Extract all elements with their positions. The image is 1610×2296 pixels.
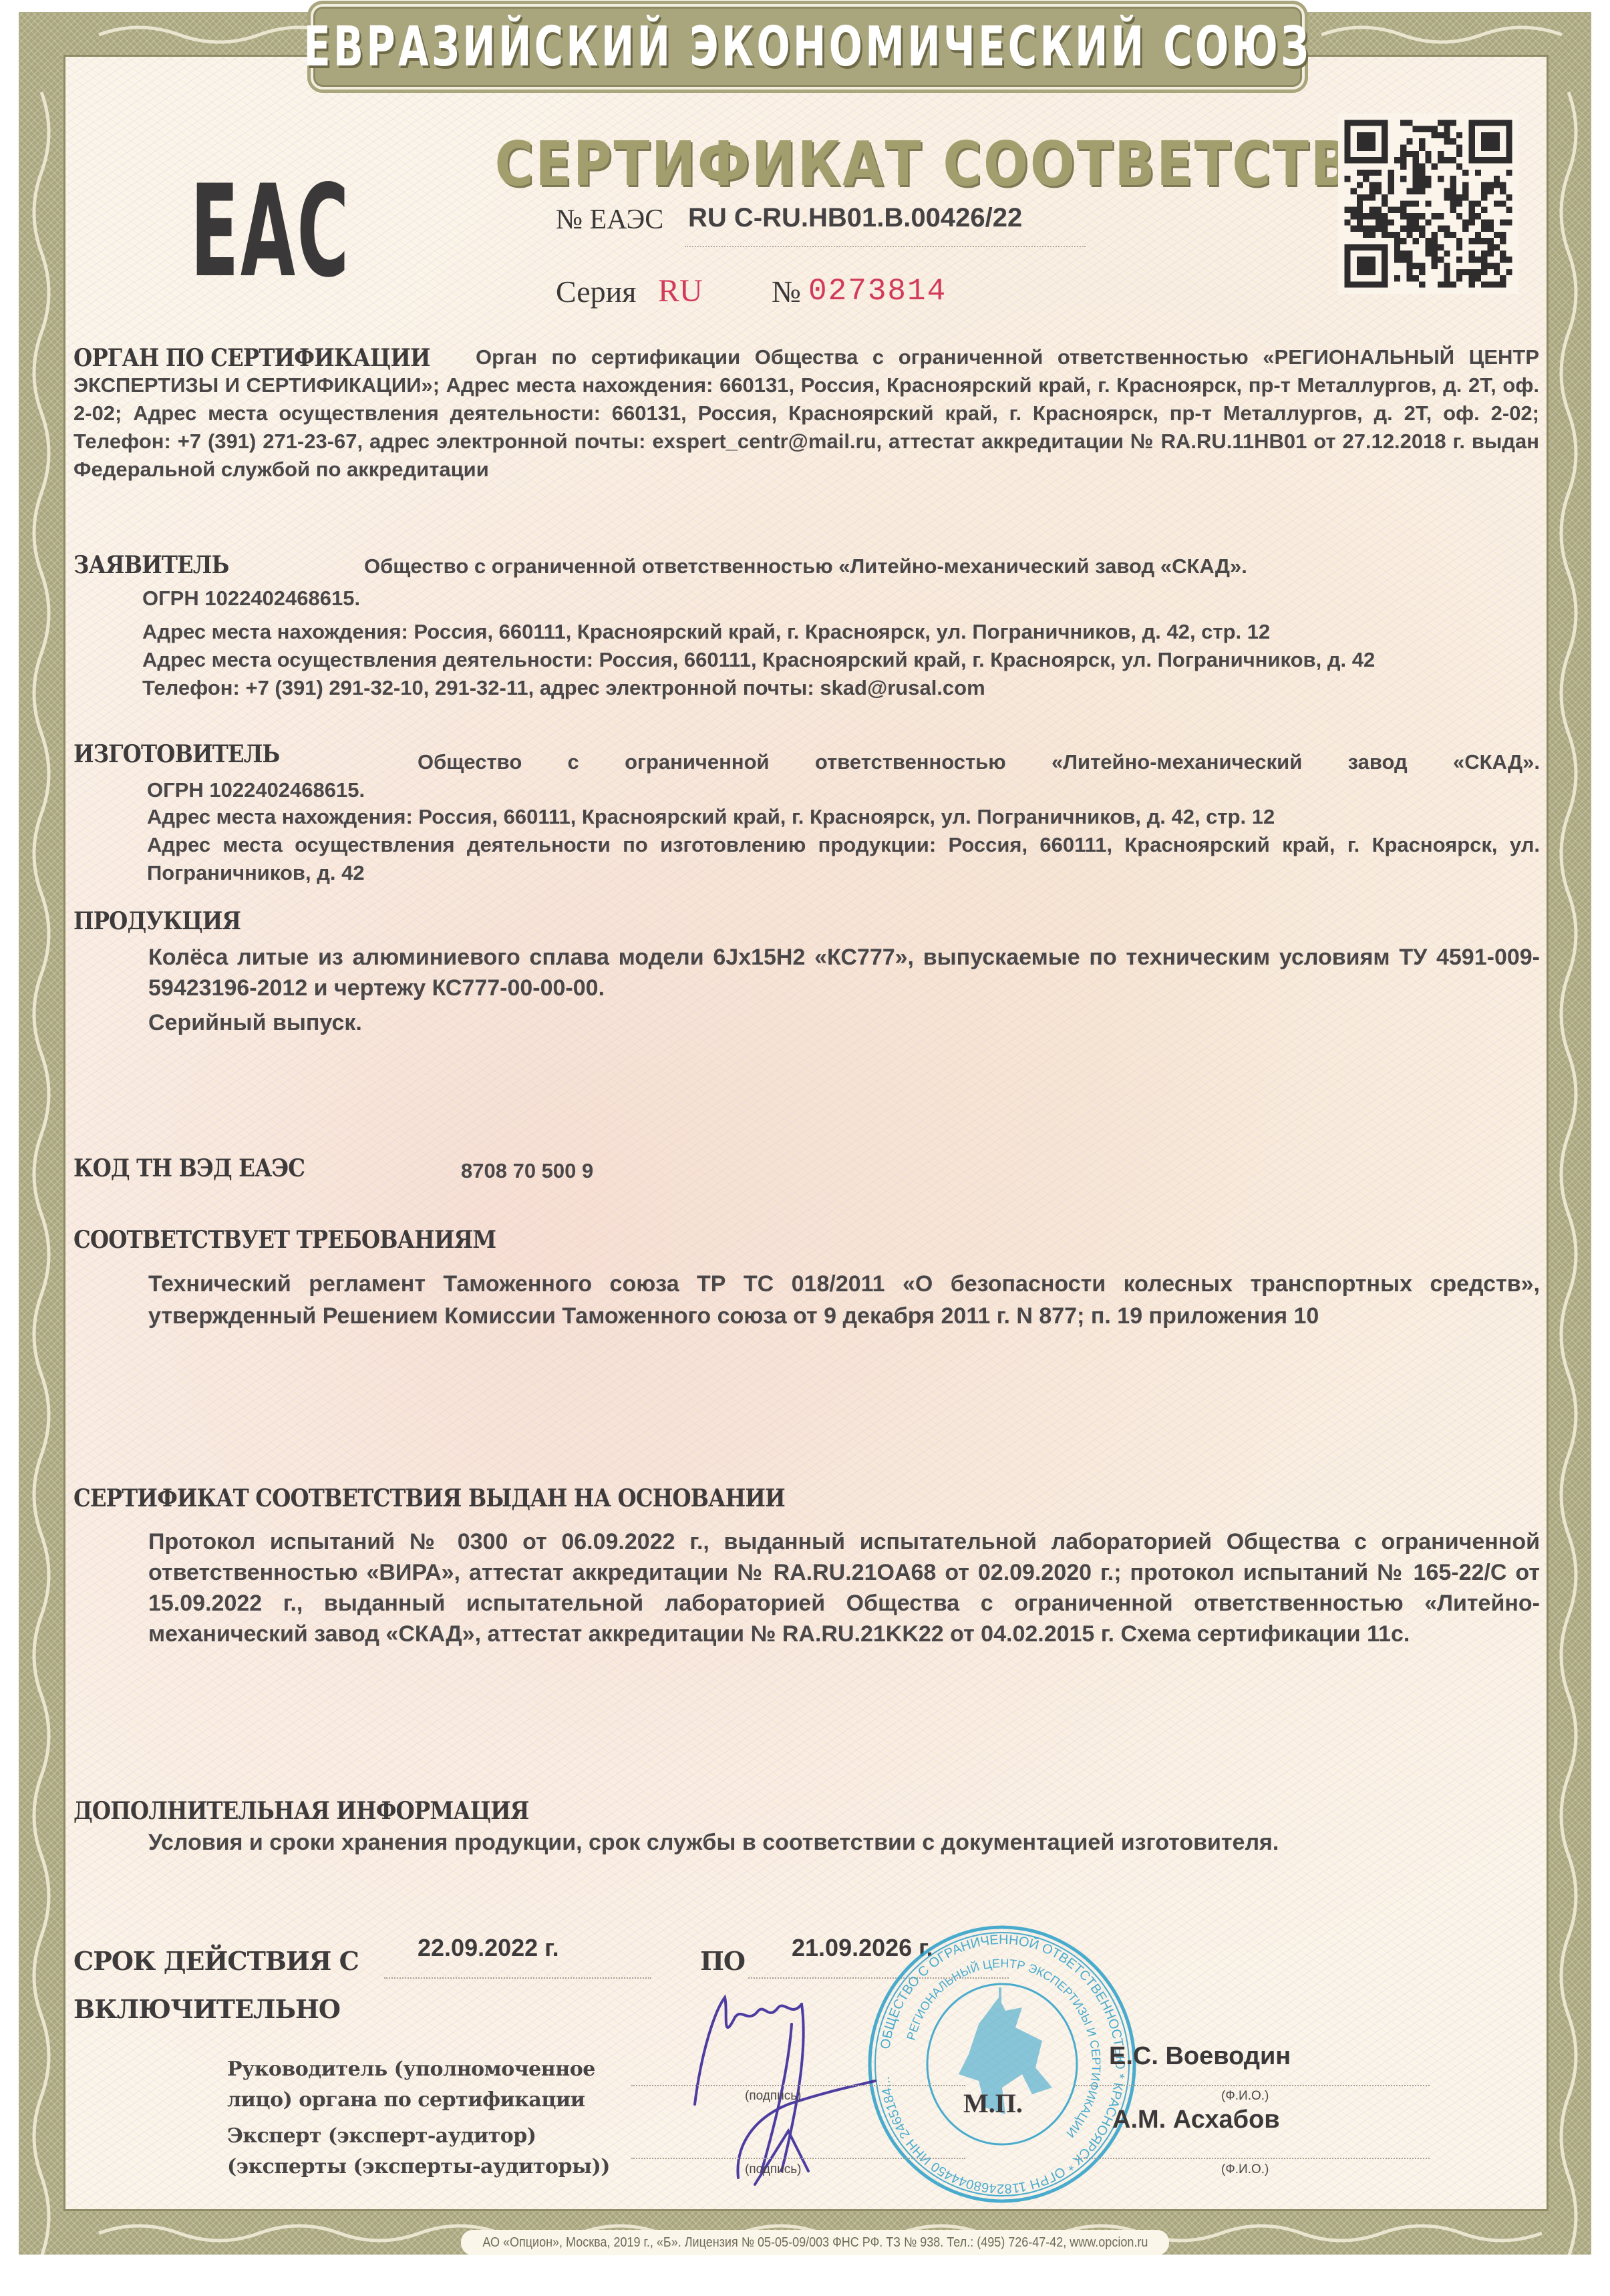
- expert-name-line: [1076, 2158, 1430, 2159]
- manufacturer-details: ОГРН 1022402468615. Адрес места нахожден…: [147, 776, 1540, 887]
- head-label: Руководитель (уполномоченное лицо) орган…: [227, 2054, 595, 2116]
- eac-logo: ЕАС: [190, 182, 351, 282]
- expert-label-line2: (эксперты (эксперты-аудиторы)): [227, 2152, 610, 2182]
- requirements-text: Технический регламент Таможенного союза …: [148, 1268, 1540, 1332]
- head-name: Е.С. Воеводин: [1109, 2042, 1291, 2071]
- additional-info-text: Условия и сроки хранения продукции, срок…: [148, 1827, 1540, 1858]
- expert-signature-line: [631, 2158, 965, 2159]
- union-banner: ЕВРАЗИЙСКИЙ ЭКОНОМИЧЕСКИЙ СОЮЗ: [311, 4, 1305, 90]
- applicant-activity-address: Адрес места осуществления деятельности: …: [142, 646, 1539, 674]
- expert-signature-caption: (подпись): [745, 2162, 801, 2177]
- manufacturer-name-text: Общество с ограниченной ответственностью…: [418, 748, 1540, 776]
- manufacturer-heading: ИЗГОТОВИТЕЛЬ: [73, 740, 279, 768]
- applicant-details: ОГРН 1022402468615. Адрес места нахожден…: [142, 585, 1539, 702]
- basis-text: Протокол испытаний № 0300 от 06.09.2022 …: [148, 1526, 1540, 1649]
- manufacturer-ogrn: ОГРН 1022402468615.: [147, 776, 1540, 804]
- blank-number: 0273814: [808, 274, 947, 309]
- requirements-heading: СООТВЕТСТВУЕТ ТРЕБОВАНИЯМ: [73, 1226, 496, 1254]
- additional-info-paragraph: Условия и сроки хранения продукции, срок…: [148, 1827, 1540, 1858]
- basis-heading: СЕРТИФИКАТ СООТВЕТСТВИЯ ВЫДАН НА ОСНОВАН…: [73, 1484, 785, 1512]
- validity-from-date: 22.09.2022 г.: [418, 1934, 559, 1962]
- applicant-ogrn: ОГРН 1022402468615.: [142, 585, 1539, 613]
- head-label-line2: лицо) органа по сертификации: [227, 2085, 595, 2116]
- head-name-caption: (Ф.И.О.): [1221, 2089, 1269, 2104]
- expert-name-caption: (Ф.И.О.): [1221, 2162, 1269, 2177]
- product-details: Колёса литые из алюминиевого сплава моде…: [148, 942, 1540, 1038]
- certificate-number: RU C-RU.HB01.B.00426/22: [688, 203, 1022, 233]
- applicant-address: Адрес места нахождения: Россия, 660111, …: [142, 618, 1539, 646]
- head-label-line1: Руководитель (уполномоченное: [227, 2054, 595, 2085]
- validity-inclusive-label: ВКЛЮЧИТЕЛЬНО: [73, 1994, 340, 2024]
- series-label: Серия: [556, 274, 636, 309]
- certificate-number-underline: [685, 246, 1086, 247]
- manufacturer-address: Адрес места нахождения: Россия, 660111, …: [147, 803, 1540, 831]
- validity-from-label: СРОК ДЕЙСТВИЯ С: [73, 1946, 359, 1976]
- hs-code-value: 8708 70 500 9: [461, 1159, 593, 1183]
- requirements-paragraph: Технический регламент Таможенного союза …: [148, 1268, 1540, 1332]
- product-description: Колёса литые из алюминиевого сплава моде…: [148, 942, 1540, 1003]
- certificate-number-label: № ЕАЭС: [556, 204, 663, 236]
- expert-label-line1: Эксперт (эксперт-аудитор): [227, 2121, 610, 2152]
- manufacturer-name: Общество с ограниченной ответственностью…: [418, 748, 1540, 776]
- additional-info-heading: ДОПОЛНИТЕЛЬНАЯ ИНФОРМАЦИЯ: [73, 1797, 529, 1825]
- certification-body-paragraph: Орган по сертификации Общества с огранич…: [8, 343, 1539, 484]
- validity-from-underline: [384, 1977, 651, 1979]
- manufacturer-production-address: Адрес места осуществления деятельности п…: [147, 831, 1540, 887]
- product-release: Серийный выпуск.: [148, 1007, 1540, 1038]
- applicant-name: Общество с ограниченной ответственностью…: [364, 554, 1247, 579]
- applicant-heading: ЗАЯВИТЕЛЬ: [73, 551, 228, 579]
- blank-number-label: №: [772, 274, 801, 309]
- basis-paragraph: Протокол испытаний № 0300 от 06.09.2022 …: [148, 1526, 1540, 1649]
- printer-imprint: АО «Опцион», Москва, 2019 г., «Б». Лицен…: [461, 2230, 1169, 2255]
- hs-code-heading: КОД ТН ВЭД ЕАЭС: [73, 1154, 305, 1182]
- seal-label: М.П.: [963, 2088, 1023, 2119]
- certificate-title: СЕРТИФИКАТ СООТВЕТСТВИЯ: [495, 128, 1116, 200]
- certification-body-text: Орган по сертификации Общества с огранич…: [73, 343, 1539, 484]
- printer-imprint-text: АО «Опцион», Москва, 2019 г., «Б». Лицен…: [482, 2235, 1148, 2251]
- head-signature-caption: (подпись): [745, 2089, 801, 2104]
- seal-stamp-icon: ОБЩЕСТВО С ОГРАНИЧЕННОЙ ОТВЕТСТВЕННОСТЬЮ…: [865, 1924, 1139, 2204]
- union-banner-text: ЕВРАЗИЙСКИЙ ЭКОНОМИЧЕСКИЙ СОЮЗ: [304, 15, 1312, 79]
- product-heading: ПРОДУКЦИЯ: [73, 907, 240, 935]
- head-signature-line: [631, 2085, 965, 2086]
- expert-label: Эксперт (эксперт-аудитор) (эксперты (экс…: [227, 2121, 610, 2182]
- applicant-contacts: Телефон: +7 (391) 291-32-10, 291-32-11, …: [142, 674, 1539, 702]
- qr-code-icon[interactable]: [1338, 114, 1518, 294]
- expert-name: А.М. Асхабов: [1112, 2106, 1280, 2134]
- series-value: RU: [658, 273, 703, 309]
- head-name-line: [1076, 2085, 1430, 2086]
